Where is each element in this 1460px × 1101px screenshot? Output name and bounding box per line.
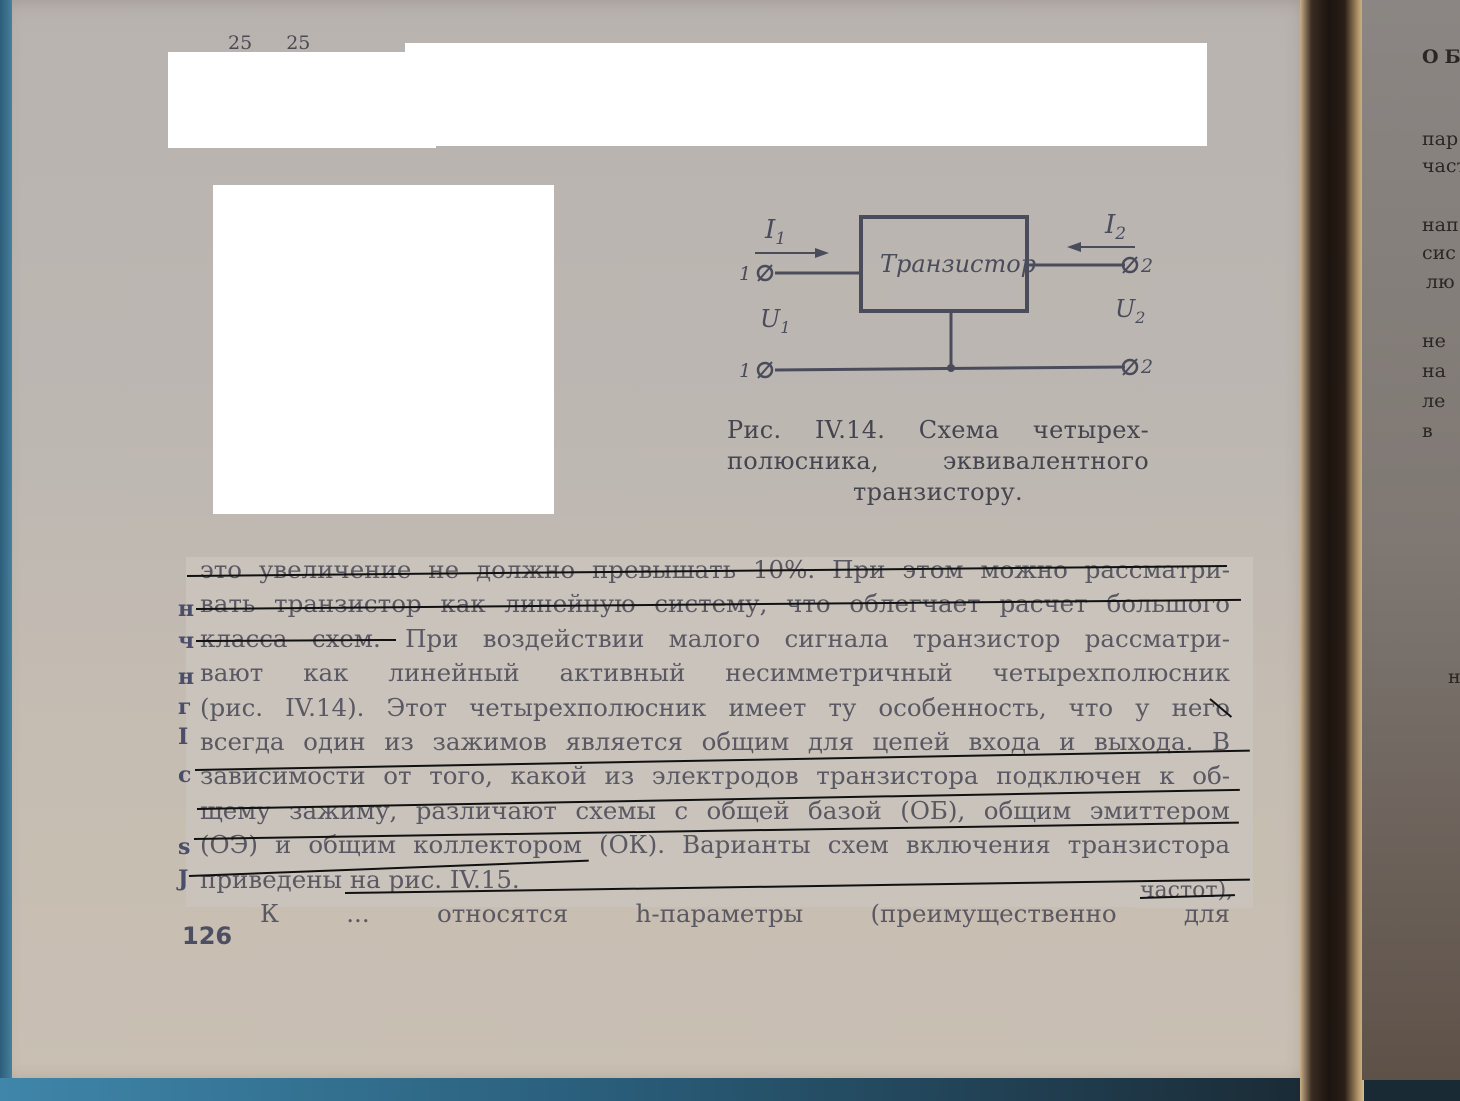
right-page-line: пар bbox=[1422, 128, 1458, 150]
text-line: (ОЭ) и общим коллектором (ОК). Варианты … bbox=[200, 828, 1230, 862]
margin-fragment: ч bbox=[178, 628, 194, 654]
body-text: это увеличение не должно превышать 10%. … bbox=[200, 553, 1230, 931]
text-line: К ... относятся h-параметры (преимуществ… bbox=[200, 897, 1230, 931]
margin-fragment: н bbox=[178, 596, 194, 622]
text-line: вают как линейный активный несимметричны… bbox=[200, 656, 1230, 690]
caption-line: полюсника, эквивалентного bbox=[727, 446, 1149, 477]
margin-fragment: J bbox=[178, 866, 188, 892]
right-page-line: нап bbox=[1422, 214, 1459, 236]
margin-fragment: s bbox=[178, 834, 190, 860]
svg-text:2: 2 bbox=[1140, 255, 1153, 277]
two-port-diagram: Транзистор I1 I2 U1 U2 1 1 2 2 bbox=[725, 205, 1175, 385]
svg-text:U1: U1 bbox=[760, 305, 790, 337]
arrow-left-icon bbox=[1067, 242, 1081, 252]
page-number: 126 bbox=[182, 922, 232, 950]
text-line: зависимости от того, какой из электродов… bbox=[200, 759, 1230, 793]
margin-fragment: н bbox=[178, 664, 194, 690]
svg-text:I1: I1 bbox=[764, 215, 786, 249]
svg-text:I2: I2 bbox=[1104, 210, 1126, 244]
right-page-line: на bbox=[1422, 360, 1446, 382]
svg-text:1: 1 bbox=[739, 360, 751, 382]
text-line: (рис. IV.14). Этот четырехполюсник имеет… bbox=[200, 691, 1230, 725]
figure-caption: Рис. IV.14. Схема четырех- полюсника, эк… bbox=[727, 415, 1149, 508]
redaction-box bbox=[213, 185, 554, 514]
svg-text:2: 2 bbox=[1140, 356, 1153, 378]
top-fragment-text: 25 25 bbox=[228, 32, 310, 54]
margin-fragment: I bbox=[178, 724, 188, 750]
book-spine bbox=[1300, 0, 1364, 1101]
book-cover-bottom bbox=[0, 1078, 1460, 1101]
right-page-line: не bbox=[1422, 330, 1446, 352]
right-page-line: н bbox=[1448, 666, 1460, 688]
svg-text:U2: U2 bbox=[1115, 295, 1145, 327]
right-page-heading: ОБ bbox=[1422, 46, 1460, 68]
right-page-line: ле bbox=[1422, 390, 1445, 412]
caption-line: транзистору. bbox=[727, 477, 1149, 508]
redaction-box bbox=[405, 43, 1207, 146]
right-page: ОБ пар част нап сис лю не на ле в н bbox=[1362, 0, 1460, 1080]
right-page-line: лю bbox=[1426, 271, 1455, 293]
margin-fragment: г bbox=[178, 694, 191, 720]
margin-fragment: с bbox=[178, 762, 191, 788]
block-label: Транзистор bbox=[880, 250, 1036, 278]
right-page-line: част bbox=[1422, 155, 1460, 177]
redaction-box bbox=[168, 52, 436, 148]
svg-text:1: 1 bbox=[739, 263, 751, 285]
arrow-right-icon bbox=[815, 248, 829, 258]
right-page-line: сис bbox=[1422, 242, 1456, 264]
caption-line: Рис. IV.14. Схема четырех- bbox=[727, 415, 1149, 446]
right-page-line: в bbox=[1422, 420, 1433, 442]
